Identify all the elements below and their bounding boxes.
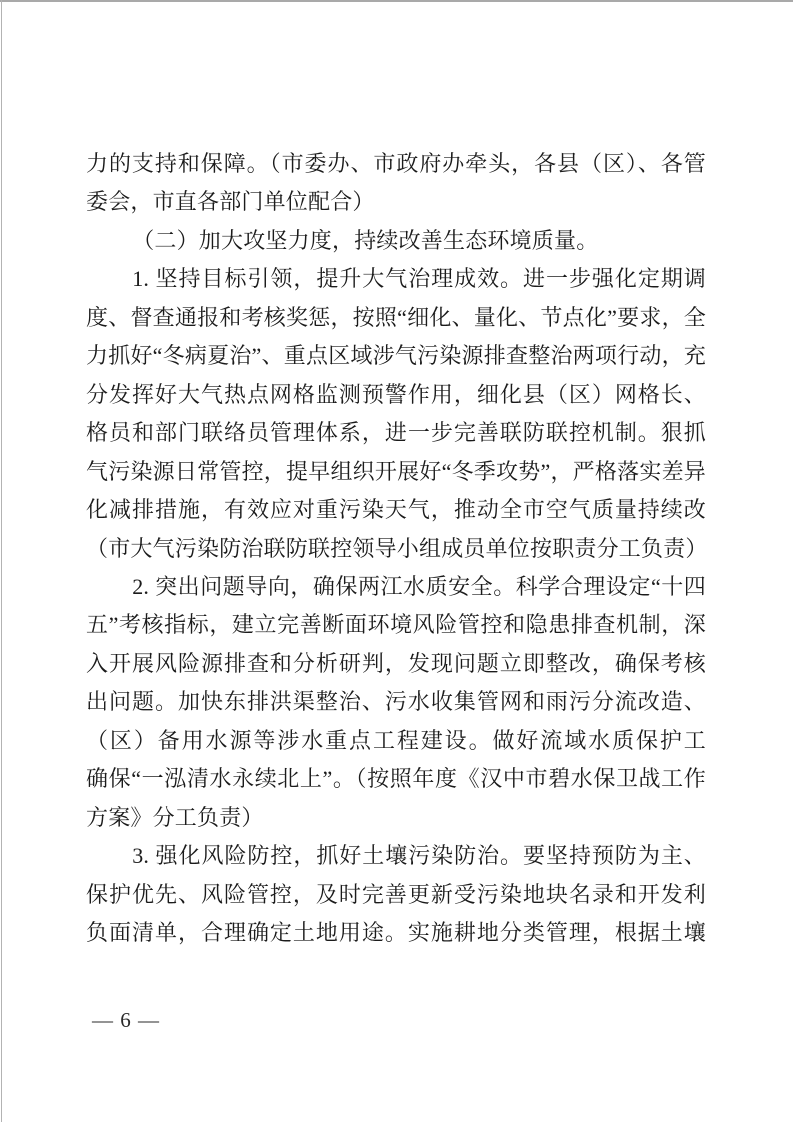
text-line: 委会，市直各部门单位配合） — [86, 183, 706, 221]
document-body: 力的支持和保障。（市委办、市政府办牵头，各县（区）、各管委会，市直各部门单位配合… — [86, 145, 706, 953]
document-page: 力的支持和保障。（市委办、市政府办牵头，各县（区）、各管委会，市直各部门单位配合… — [0, 0, 793, 1122]
text-line: 格员和部门联络员管理体系，进一步完善联防联控机制。狠抓涉 — [86, 414, 706, 452]
text-line: 入开展风险源排查和分析研判，发现问题立即整改，确保考核不 — [86, 645, 706, 683]
text-line: 方案》分工负责） — [86, 799, 706, 837]
page-number: — 6 — — [92, 1005, 160, 1035]
text-line: （市大气污染防治联防联控领导小组成员单位按职责分工负责） — [86, 530, 706, 568]
text-line: 2. 突出问题导向，确保两江水质安全。科学合理设定“十四 — [86, 568, 706, 606]
section-heading-line: （二）加大攻坚力度，持续改善生态环境质量。 — [86, 222, 706, 260]
text-line: 出问题。加快东排洪渠整治、污水收集管网和雨污分流改造、县 — [86, 683, 706, 721]
text-line: 化减排措施，有效应对重污染天气，推动全市空气质量持续改善。 — [86, 491, 706, 529]
text-line: 负面清单，合理确定土地用途。实施耕地分类管理，根据土壤污 — [86, 914, 706, 952]
text-line: 1. 坚持目标引领，提升大气治理成效。进一步强化定期调 — [86, 260, 706, 298]
text-line: 度、督查通报和考核奖惩，按照“细化、量化、节点化”要求，全 — [86, 299, 706, 337]
text-line: （区）备用水源等涉水重点工程建设。做好流域水质保护工作， — [86, 722, 706, 760]
text-line: 五”考核指标，建立完善断面环境风险管控和隐患排查机制，深 — [86, 606, 706, 644]
text-line: 力抓好“冬病夏治”、重点区域涉气污染源排查整治两项行动，充 — [86, 337, 706, 375]
scan-edge-top — [0, 0, 793, 2]
text-line: 分发挥好大气热点网格监测预警作用，细化县（区）网格长、网 — [86, 376, 706, 414]
text-line: 3. 强化风险防控，抓好土壤污染防治。要坚持预防为主、 — [86, 837, 706, 875]
text-line: 气污染源日常管控，提早组织开展好“冬季攻势”，严格落实差异 — [86, 453, 706, 491]
text-line: 力的支持和保障。（市委办、市政府办牵头，各县（区）、各管 — [86, 145, 706, 183]
text-line: 保护优先、风险管控，及时完善更新受污染地块名录和开发利用 — [86, 876, 706, 914]
scan-edge-left — [1, 0, 2, 1122]
text-line: 确保“一泓清水永续北上”。（按照年度《汉中市碧水保卫战工作 — [86, 760, 706, 798]
